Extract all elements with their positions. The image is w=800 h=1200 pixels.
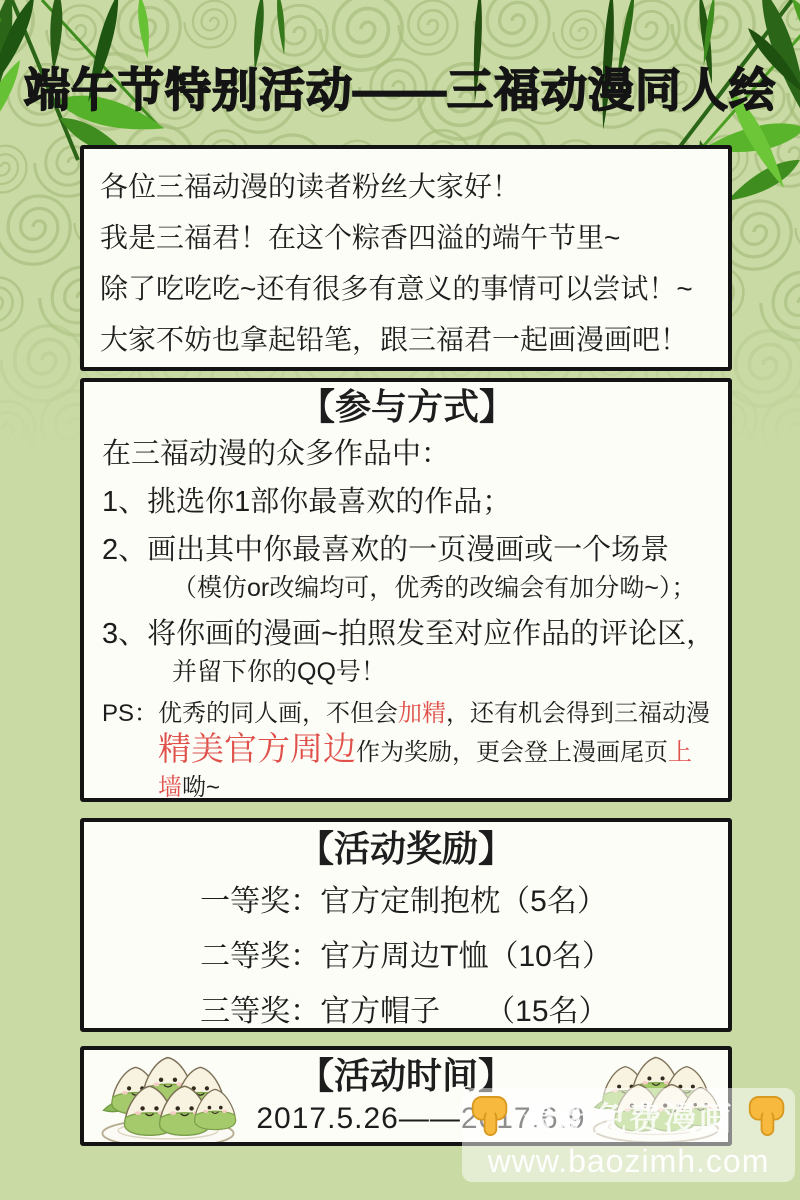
participation-heading: 【参与方式】 xyxy=(100,386,714,428)
point-down-finger-icon xyxy=(470,1093,510,1139)
rewards-panel: 【活动奖励】 一等奖：官方定制抱枕（5名） 二等奖：官方周边T恤（10名） 三等… xyxy=(80,818,732,1032)
page-title: 端午节特别活动——三福动漫同人绘 xyxy=(0,54,800,120)
zongzi-plate-icon xyxy=(92,1053,244,1146)
reward-third: 三等奖：官方帽子 （15名） xyxy=(200,996,612,1028)
participation-item-2-note: （模仿or改编均可，优秀的改编会有加分呦~）； xyxy=(102,572,714,604)
reward-first: 一等奖：官方定制抱枕（5名） xyxy=(200,886,612,918)
reward-list: 一等奖：官方定制抱枕（5名） 二等奖：官方周边T恤（10名） 三等奖：官方帽子 … xyxy=(200,886,612,1028)
highlight-red-big: 精美官方周边 xyxy=(158,730,356,767)
participation-item-2: 2、画出其中你最喜欢的一页漫画或一个场景 xyxy=(102,532,714,568)
intro-line: 除了吃吃吃~还有很多有意义的事情可以尝试！~ xyxy=(100,263,714,314)
point-down-finger-icon xyxy=(747,1093,787,1139)
intro-line: 各位三福动漫的读者粉丝大家好！ xyxy=(100,161,714,212)
participation-item-3-note: 并留下你的QQ号！ xyxy=(102,656,714,688)
participation-lead: 在三福动漫的众多作品中： xyxy=(102,436,714,472)
ps-note: PS：优秀的同人画，不但会加精，还有机会得到三福动漫精美官方周边作为奖励，更会登… xyxy=(102,696,714,805)
intro-line: 大家不妨也拿起铅笔，跟三福君一起画漫画吧！ xyxy=(100,314,714,365)
participation-item-3: 3、将你画的漫画~拍照发至对应作品的评论区， xyxy=(102,616,714,652)
watermark-row: 最新免费漫画 xyxy=(470,1090,787,1142)
rewards-heading: 【活动奖励】 xyxy=(98,828,714,870)
intro-line: 我是三福君！在这个粽香四溢的端午节里~ xyxy=(100,212,714,263)
watermark: 最新免费漫画 www.baozimh.com xyxy=(462,1088,795,1182)
participation-panel: 【参与方式】 在三福动漫的众多作品中： 1、挑选你1部你最喜欢的作品； 2、画出… xyxy=(80,378,732,802)
watermark-text: 最新免费漫画 xyxy=(524,1093,734,1140)
highlight-red: 加精 xyxy=(398,700,446,727)
reward-second: 二等奖：官方周边T恤（10名） xyxy=(200,941,612,973)
watermark-url: www.baozimh.com xyxy=(470,1143,787,1180)
intro-panel: 各位三福动漫的读者粉丝大家好！ 我是三福君！在这个粽香四溢的端午节里~ 除了吃吃… xyxy=(80,145,732,371)
participation-item-1: 1、挑选你1部你最喜欢的作品； xyxy=(102,484,714,520)
